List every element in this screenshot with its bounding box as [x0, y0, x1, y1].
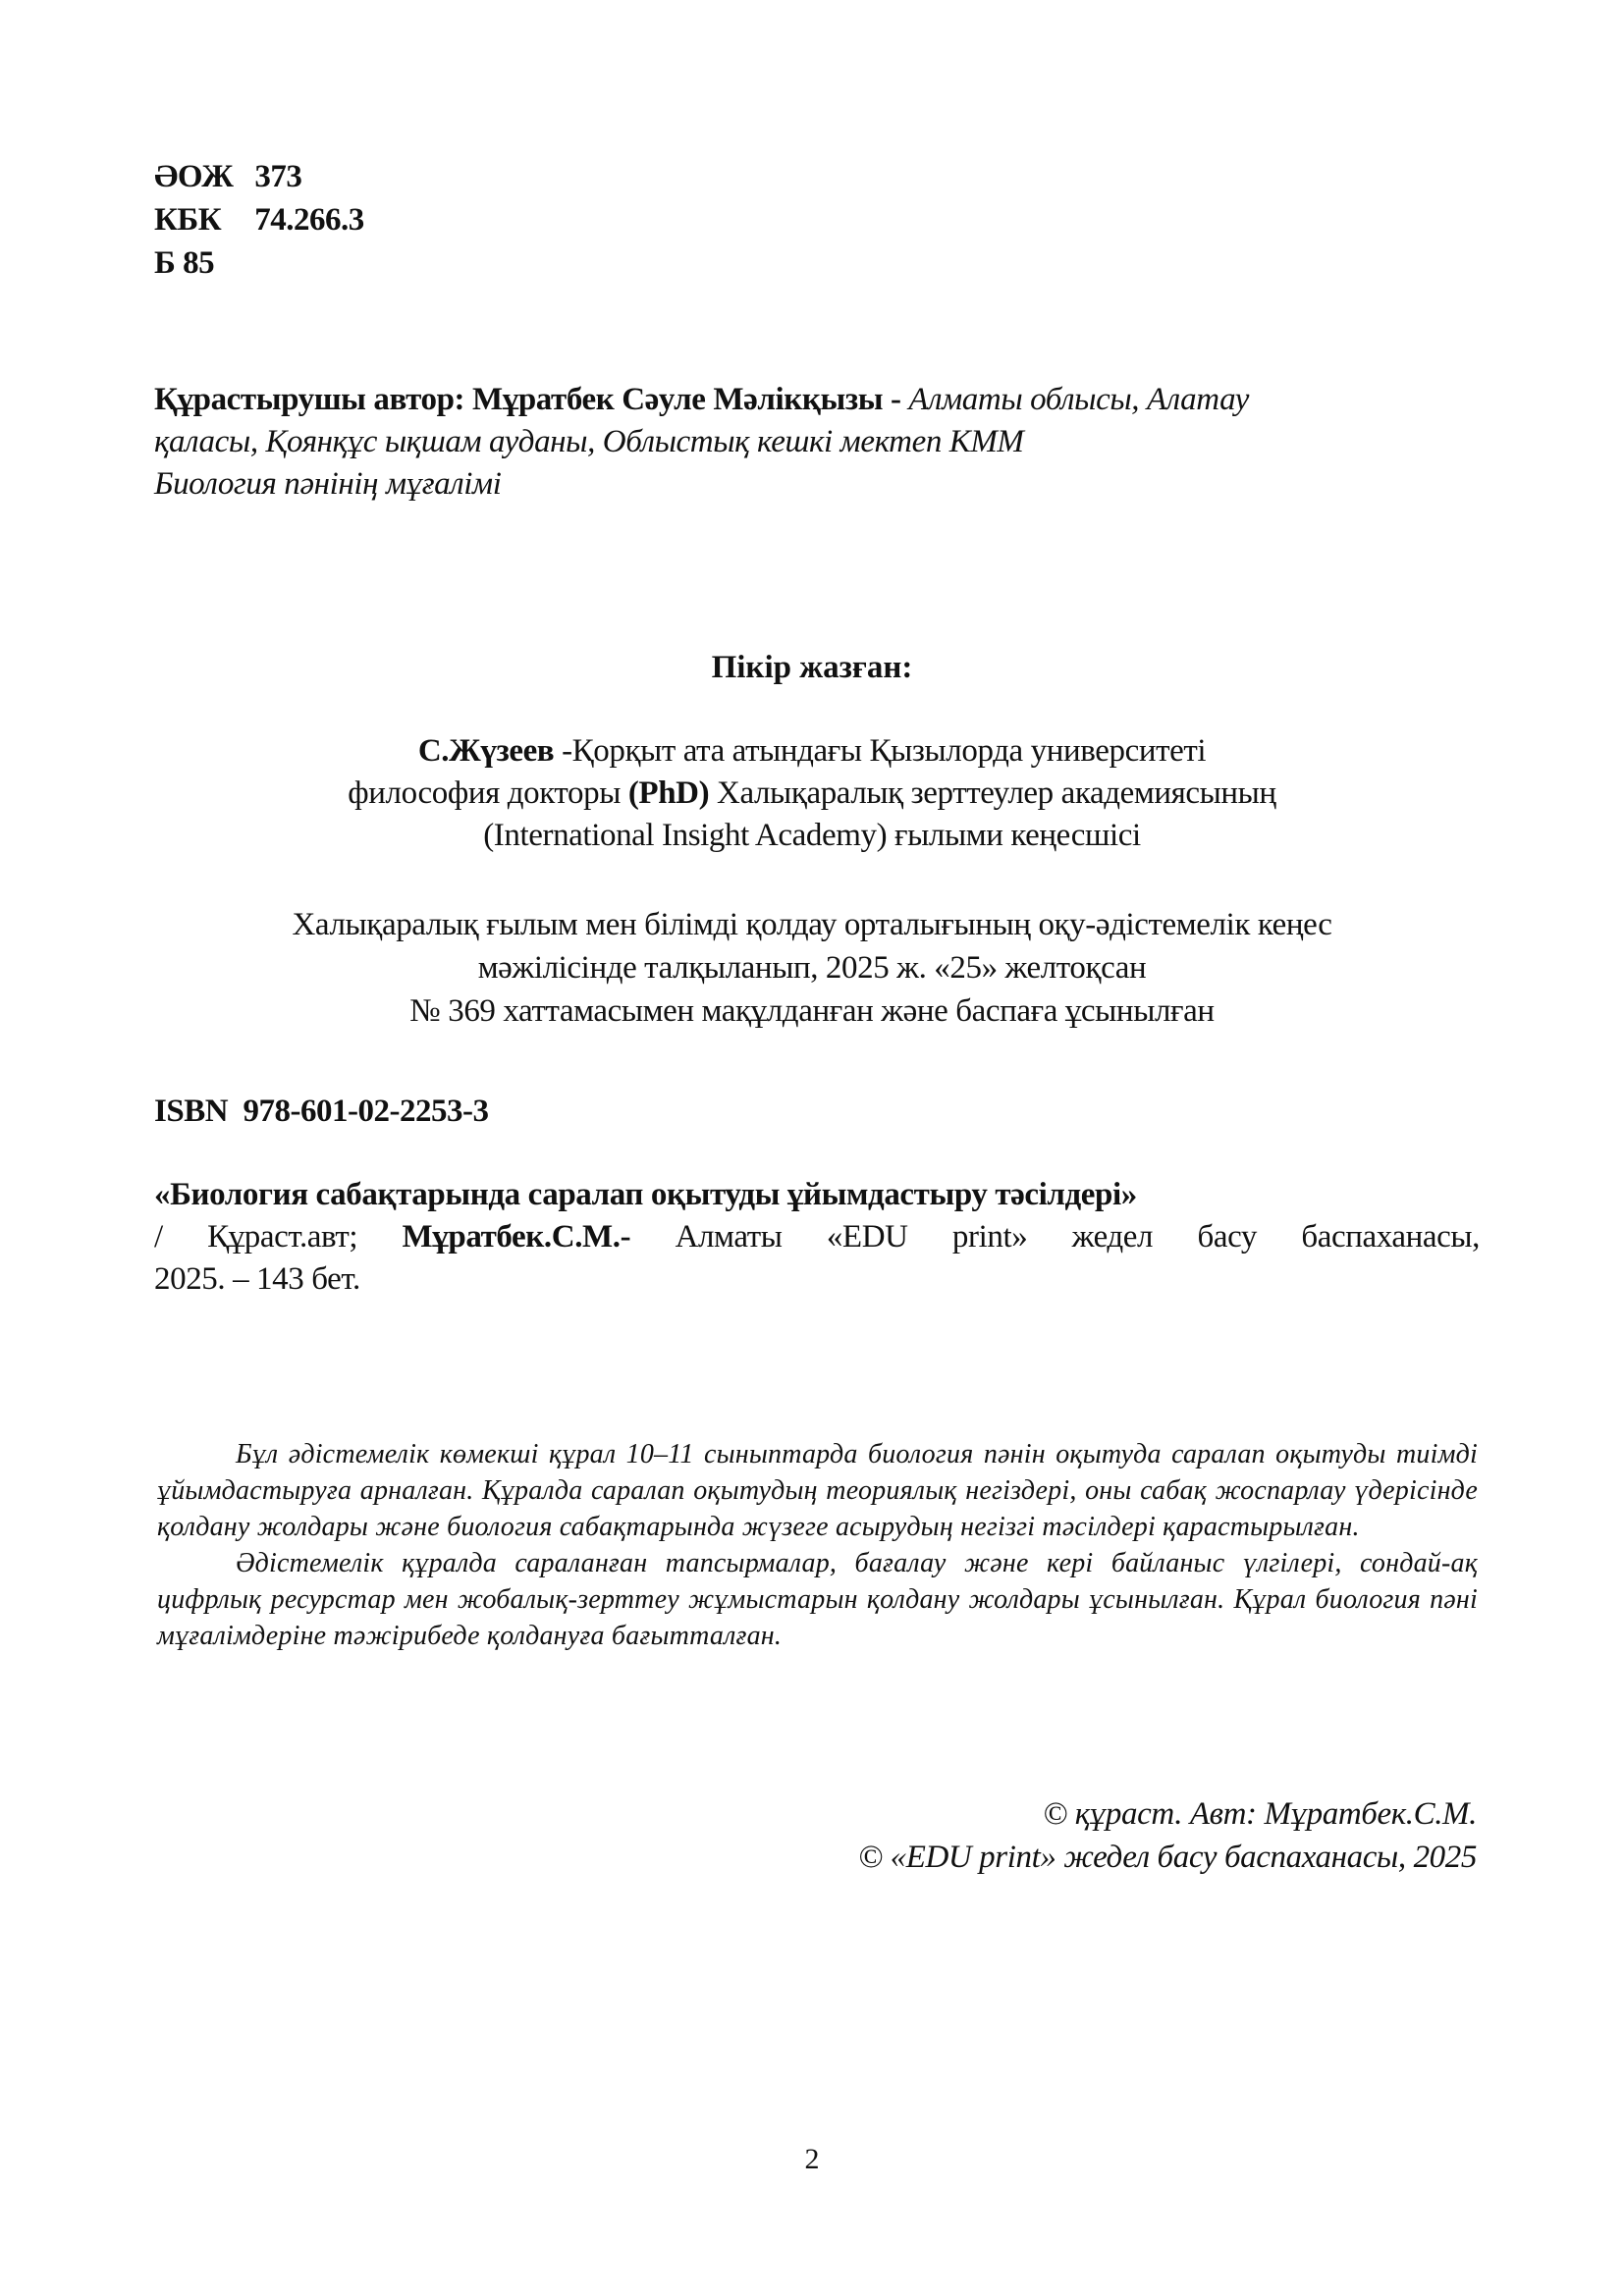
bibliographic-record: «Биология сабақтарында саралап оқытуды ұ…	[154, 1174, 1480, 1301]
reviewer-role: (International Insight Academy) ғылыми к…	[0, 815, 1624, 857]
catalog-indices: ӘОЖ373 КБК74.266.3 Б 85	[154, 155, 364, 285]
author-label: Құрастырушы автор:	[154, 382, 464, 417]
year-pages: 2025. – 143 бет.	[154, 1258, 1480, 1301]
author-name: Мұратбек Сәуле Мәлікқызы	[472, 382, 883, 417]
udc-row: ӘОЖ373	[154, 155, 364, 198]
review-title: Пікір жазған:	[0, 646, 1624, 689]
abstract-paragraph-1: Бұл әдістемелік көмекші құрал 10–11 сыны…	[157, 1436, 1478, 1545]
approval-line1: Халықаралық ғылым мен білімді қолдау орт…	[0, 903, 1624, 946]
isbn: ISBN 978-601-02-2253-3	[154, 1090, 489, 1133]
approval-line2: мәжілісінде талқыланып, 2025 ж. «25» жел…	[0, 946, 1624, 989]
lbc-row: КБК74.266.3	[154, 198, 364, 241]
document-page: ӘОЖ373 КБК74.266.3 Б 85 Құрастырушы авто…	[0, 0, 1624, 2296]
author-separator: -	[883, 382, 908, 417]
author-mark: Б 85	[154, 241, 214, 285]
reviewer-name: С.Жүзеев	[418, 733, 554, 769]
reviewer-block: С.Жүзеев -Қорқыт ата атындағы Қызылорда …	[0, 730, 1624, 857]
page-number: 2	[0, 2140, 1624, 2179]
lbc-value: 74.266.3	[254, 198, 364, 241]
author-position: Биология пәнінің мұғалімі	[154, 466, 501, 502]
copyright-author: © құраст. Авт: Мұратбек.С.М.	[858, 1792, 1477, 1836]
book-title: «Биология сабақтарында саралап оқытуды ұ…	[154, 1174, 1480, 1216]
copyright-publisher: © «EDU print» жедел басу баспаханасы, 20…	[858, 1836, 1477, 1879]
reviewer-title: философия докторы	[348, 775, 628, 811]
udc-label: ӘОЖ	[154, 155, 233, 198]
publisher: Алматы «EDU print» жедел басу баспаханас…	[630, 1219, 1480, 1255]
udc-value: 373	[254, 155, 301, 198]
isbn-value: 978-601-02-2253-3	[244, 1094, 489, 1129]
compiler-name: Мұратбек.С.М.-	[403, 1219, 631, 1255]
isbn-label: ISBN	[154, 1094, 228, 1129]
abstract-paragraph-2: Әдістемелік құралда сараланған тапсырмал…	[157, 1545, 1478, 1654]
copyright-block: © құраст. Авт: Мұратбек.С.М. © «EDU prin…	[858, 1792, 1477, 1879]
author-mark-row: Б 85	[154, 241, 364, 285]
reviewer-degree: (PhD)	[628, 775, 709, 811]
reviewer-university: -Қорқыт ата атындағы Қызылорда университ…	[554, 733, 1206, 769]
approval-line3: № 369 хаттамасымен мақұлданған және басп…	[0, 989, 1624, 1033]
abstract: Бұл әдістемелік көмекші құрал 10–11 сыны…	[157, 1436, 1478, 1654]
approval-block: Халықаралық ғылым мен білімді қолдау орт…	[0, 903, 1624, 1033]
lbc-label: КБК	[154, 198, 221, 241]
author-affiliation-line1: Алматы облысы, Алатау	[908, 382, 1249, 417]
reviewer-academy: Халықаралық зерттеулер академиясының	[709, 775, 1276, 811]
author-block: Құрастырушы автор: Мұратбек Сәуле Мәлікқ…	[154, 379, 1489, 506]
compiler-prefix: / Құраст.авт;	[154, 1219, 403, 1255]
author-affiliation-line2: қаласы, Қоянқұс ықшам ауданы, Облыстық к…	[154, 424, 1024, 459]
